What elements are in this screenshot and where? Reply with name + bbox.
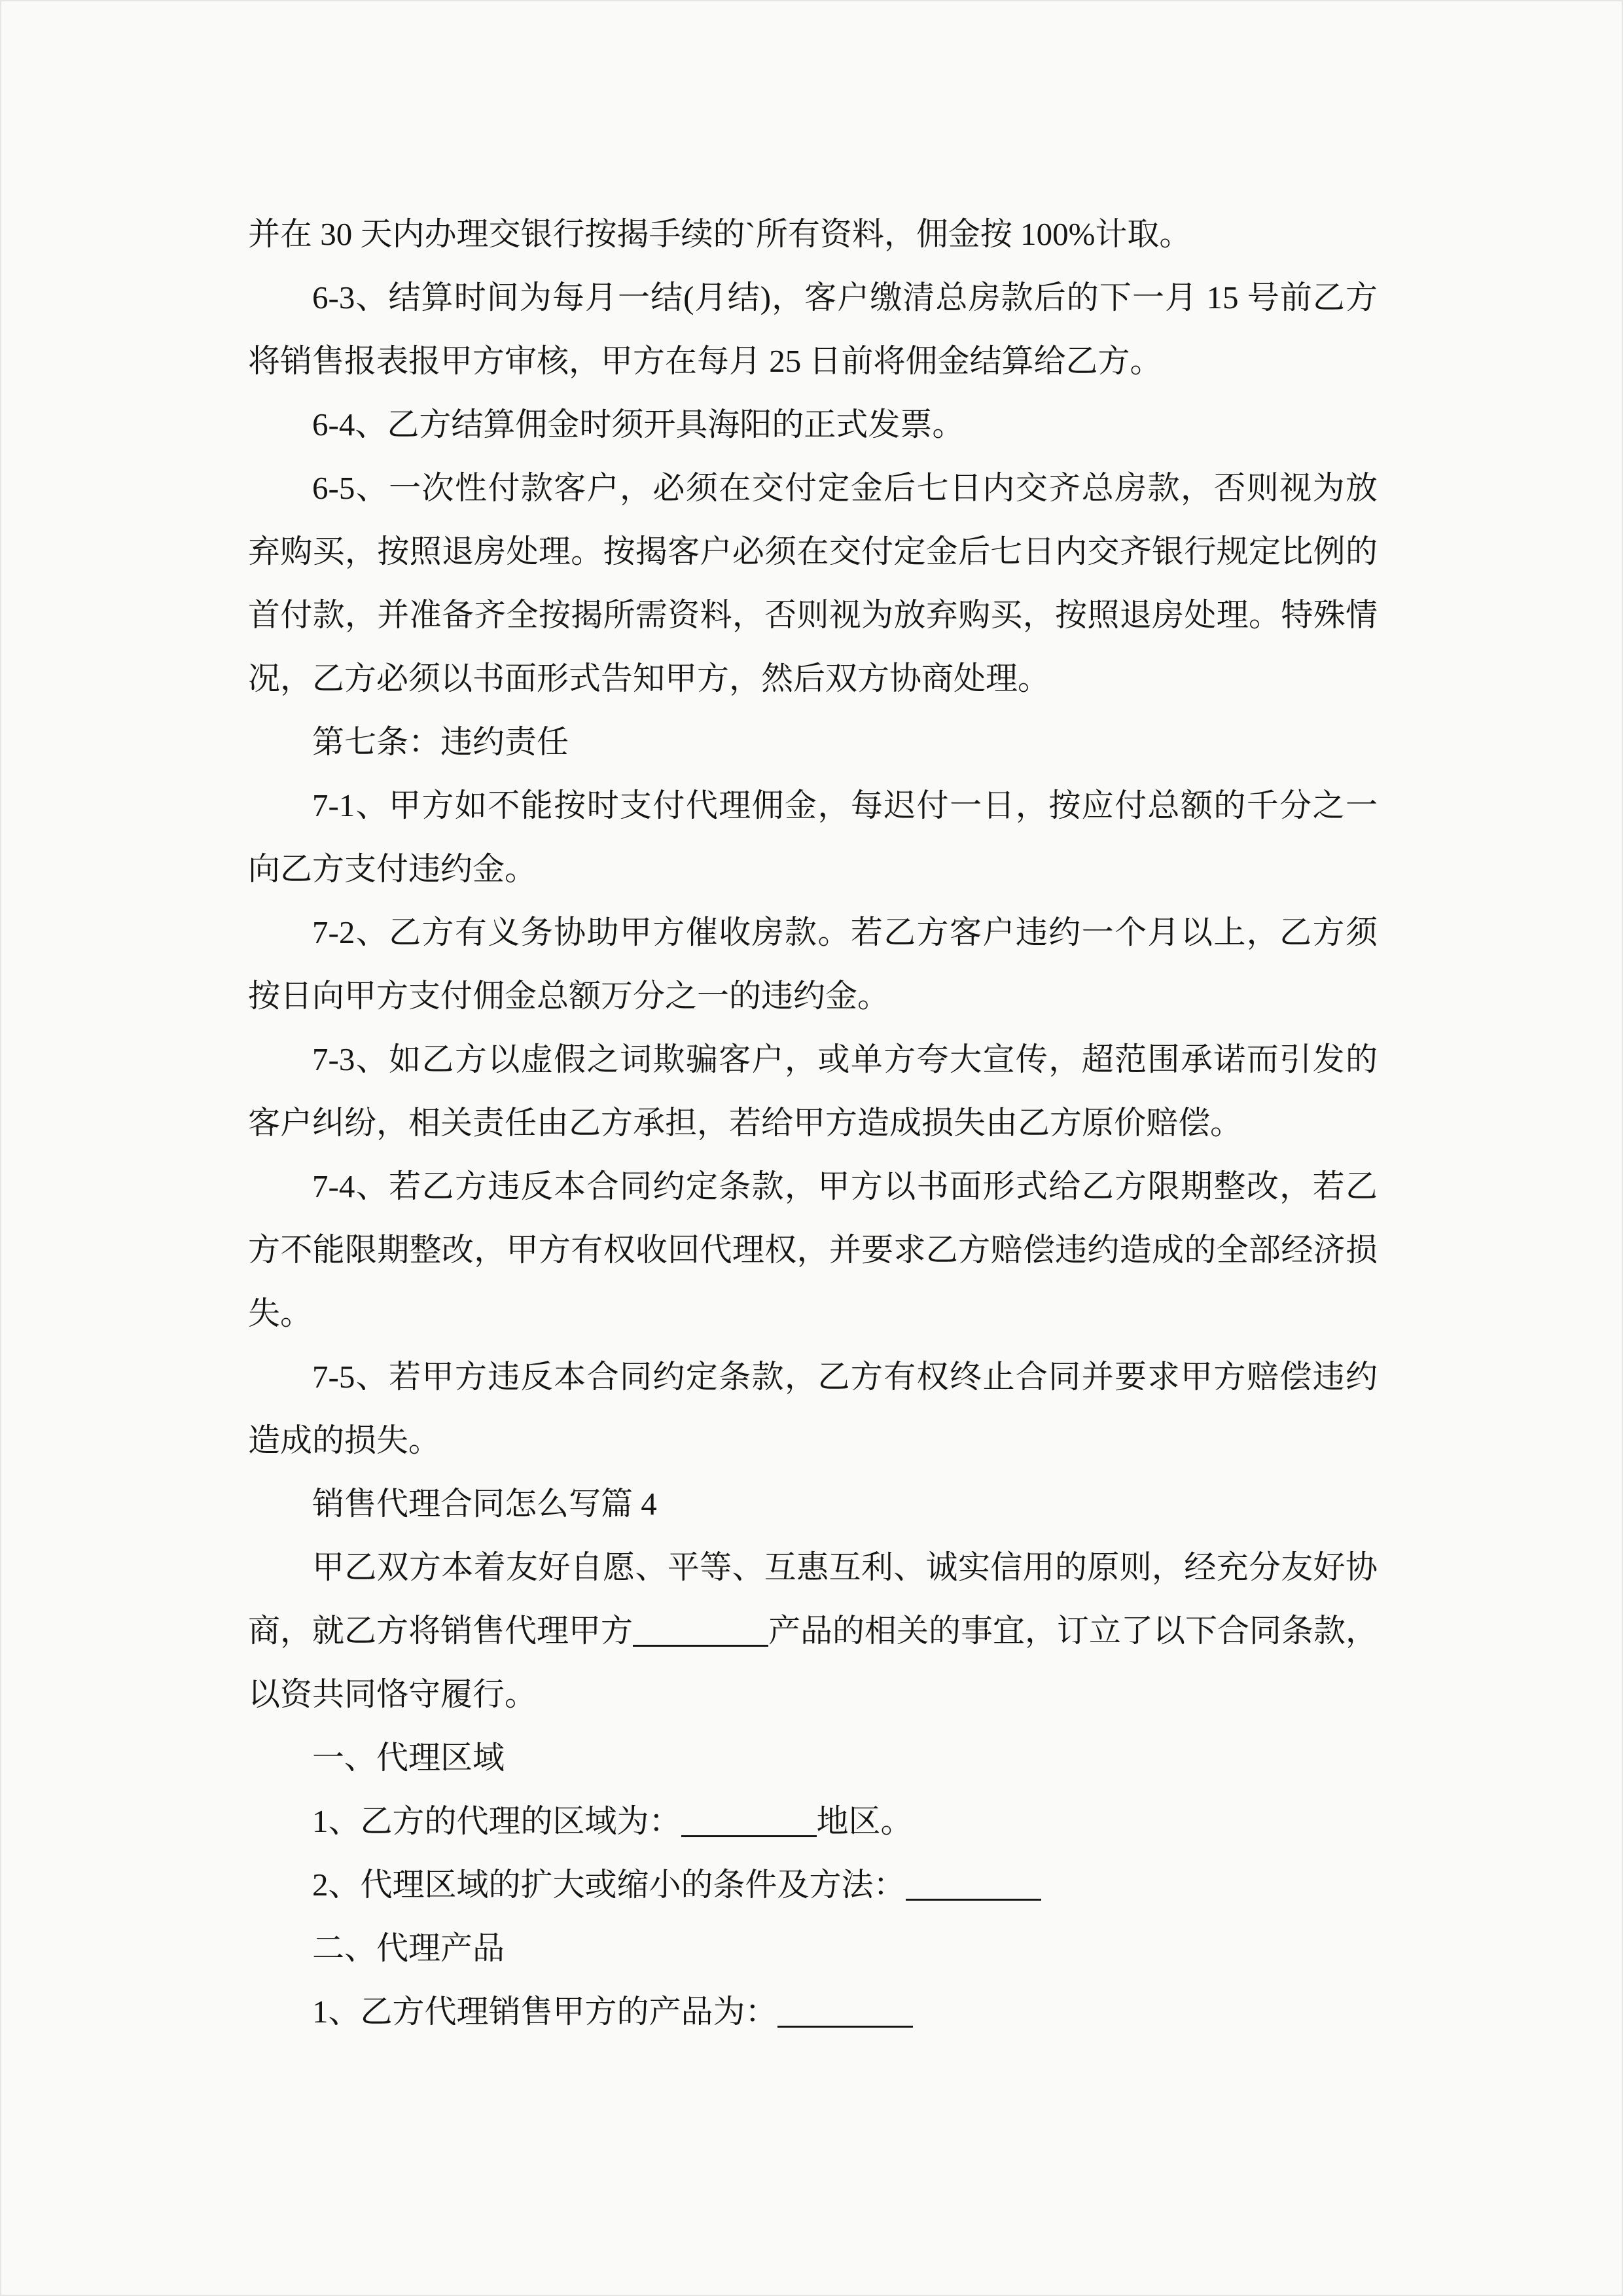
text-line: 失。 <box>248 1282 1378 1345</box>
text-line: 甲乙双方本着友好自愿、平等、互惠互利、诚实信用的原则，经充分友好协 <box>248 1535 1378 1599</box>
text-line: 7-4、若乙方违反本合同约定条款，甲方以书面形式给乙方限期整改，若乙 <box>248 1155 1378 1218</box>
text-line: 7-3、如乙方以虚假之词欺骗客户，或单方夸大宣传，超范围承诺而引发的 <box>248 1028 1378 1091</box>
blank-underline <box>777 2010 913 2028</box>
document-page: 并在 30 天内办理交银行按揭手续的`所有资料，佣金按 100%计取。6-3、结… <box>0 0 1623 2296</box>
text-line: 方不能限期整改，甲方有权收回代理权，并要求乙方赔偿违约造成的全部经济损 <box>248 1218 1378 1282</box>
text-line: 1、乙方代理销售甲方的产品为： <box>248 1980 1378 2043</box>
text-line: 客户纠纷，相关责任由乙方承担，若给甲方造成损失由乙方原价赔偿。 <box>248 1091 1378 1155</box>
text-line: 况，乙方必须以书面形式告知甲方，然后双方协商处理。 <box>248 647 1378 710</box>
text-line: 1、乙方的代理的区域为：地区。 <box>248 1789 1378 1853</box>
text-line: 一、代理区域 <box>248 1726 1378 1789</box>
blank-underline <box>906 1883 1041 1901</box>
text-line: 第七条：违约责任 <box>248 710 1378 774</box>
text-line: 7-1、甲方如不能按时支付代理佣金，每迟付一日，按应付总额的千分之一 <box>248 774 1378 837</box>
text-line: 销售代理合同怎么写篇 4 <box>248 1472 1378 1535</box>
blank-underline <box>681 1820 817 1837</box>
text-line: 首付款，并准备齐全按揭所需资料，否则视为放弃购买，按照退房处理。特殊情 <box>248 583 1378 647</box>
text-line: 按日向甲方支付佣金总额万分之一的违约金。 <box>248 964 1378 1028</box>
text-line: 弃购买，按照退房处理。按揭客户必须在交付定金后七日内交齐银行规定比例的 <box>248 520 1378 583</box>
text-line: 向乙方支付违约金。 <box>248 837 1378 901</box>
text-line: 7-2、乙方有义务协助甲方催收房款。若乙方客户违约一个月以上，乙方须 <box>248 901 1378 964</box>
text-line: 商，就乙方将销售代理甲方产品的相关的事宜，订立了以下合同条款， <box>248 1599 1378 1662</box>
blank-underline <box>633 1629 768 1647</box>
text-line: 7-5、若甲方违反本合同约定条款，乙方有权终止合同并要求甲方赔偿违约 <box>248 1345 1378 1408</box>
text-line: 2、代理区域的扩大或缩小的条件及方法： <box>248 1853 1378 1916</box>
document-lines: 并在 30 天内办理交银行按揭手续的`所有资料，佣金按 100%计取。6-3、结… <box>248 202 1378 2043</box>
text-line: 6-3、结算时间为每月一结(月结)，客户缴清总房款后的下一月 15 号前乙方 <box>248 266 1378 329</box>
text-line: 以资共同恪守履行。 <box>248 1662 1378 1726</box>
text-line: 并在 30 天内办理交银行按揭手续的`所有资料，佣金按 100%计取。 <box>248 202 1378 266</box>
text-line: 6-4、乙方结算佣金时须开具海阳的正式发票。 <box>248 393 1378 456</box>
text-line: 二、代理产品 <box>248 1916 1378 1980</box>
text-line: 造成的损失。 <box>248 1408 1378 1472</box>
text-line: 将销售报表报甲方审核，甲方在每月 25 日前将佣金结算给乙方。 <box>248 329 1378 393</box>
text-line: 6-5、一次性付款客户，必须在交付定金后七日内交齐总房款，否则视为放 <box>248 456 1378 520</box>
